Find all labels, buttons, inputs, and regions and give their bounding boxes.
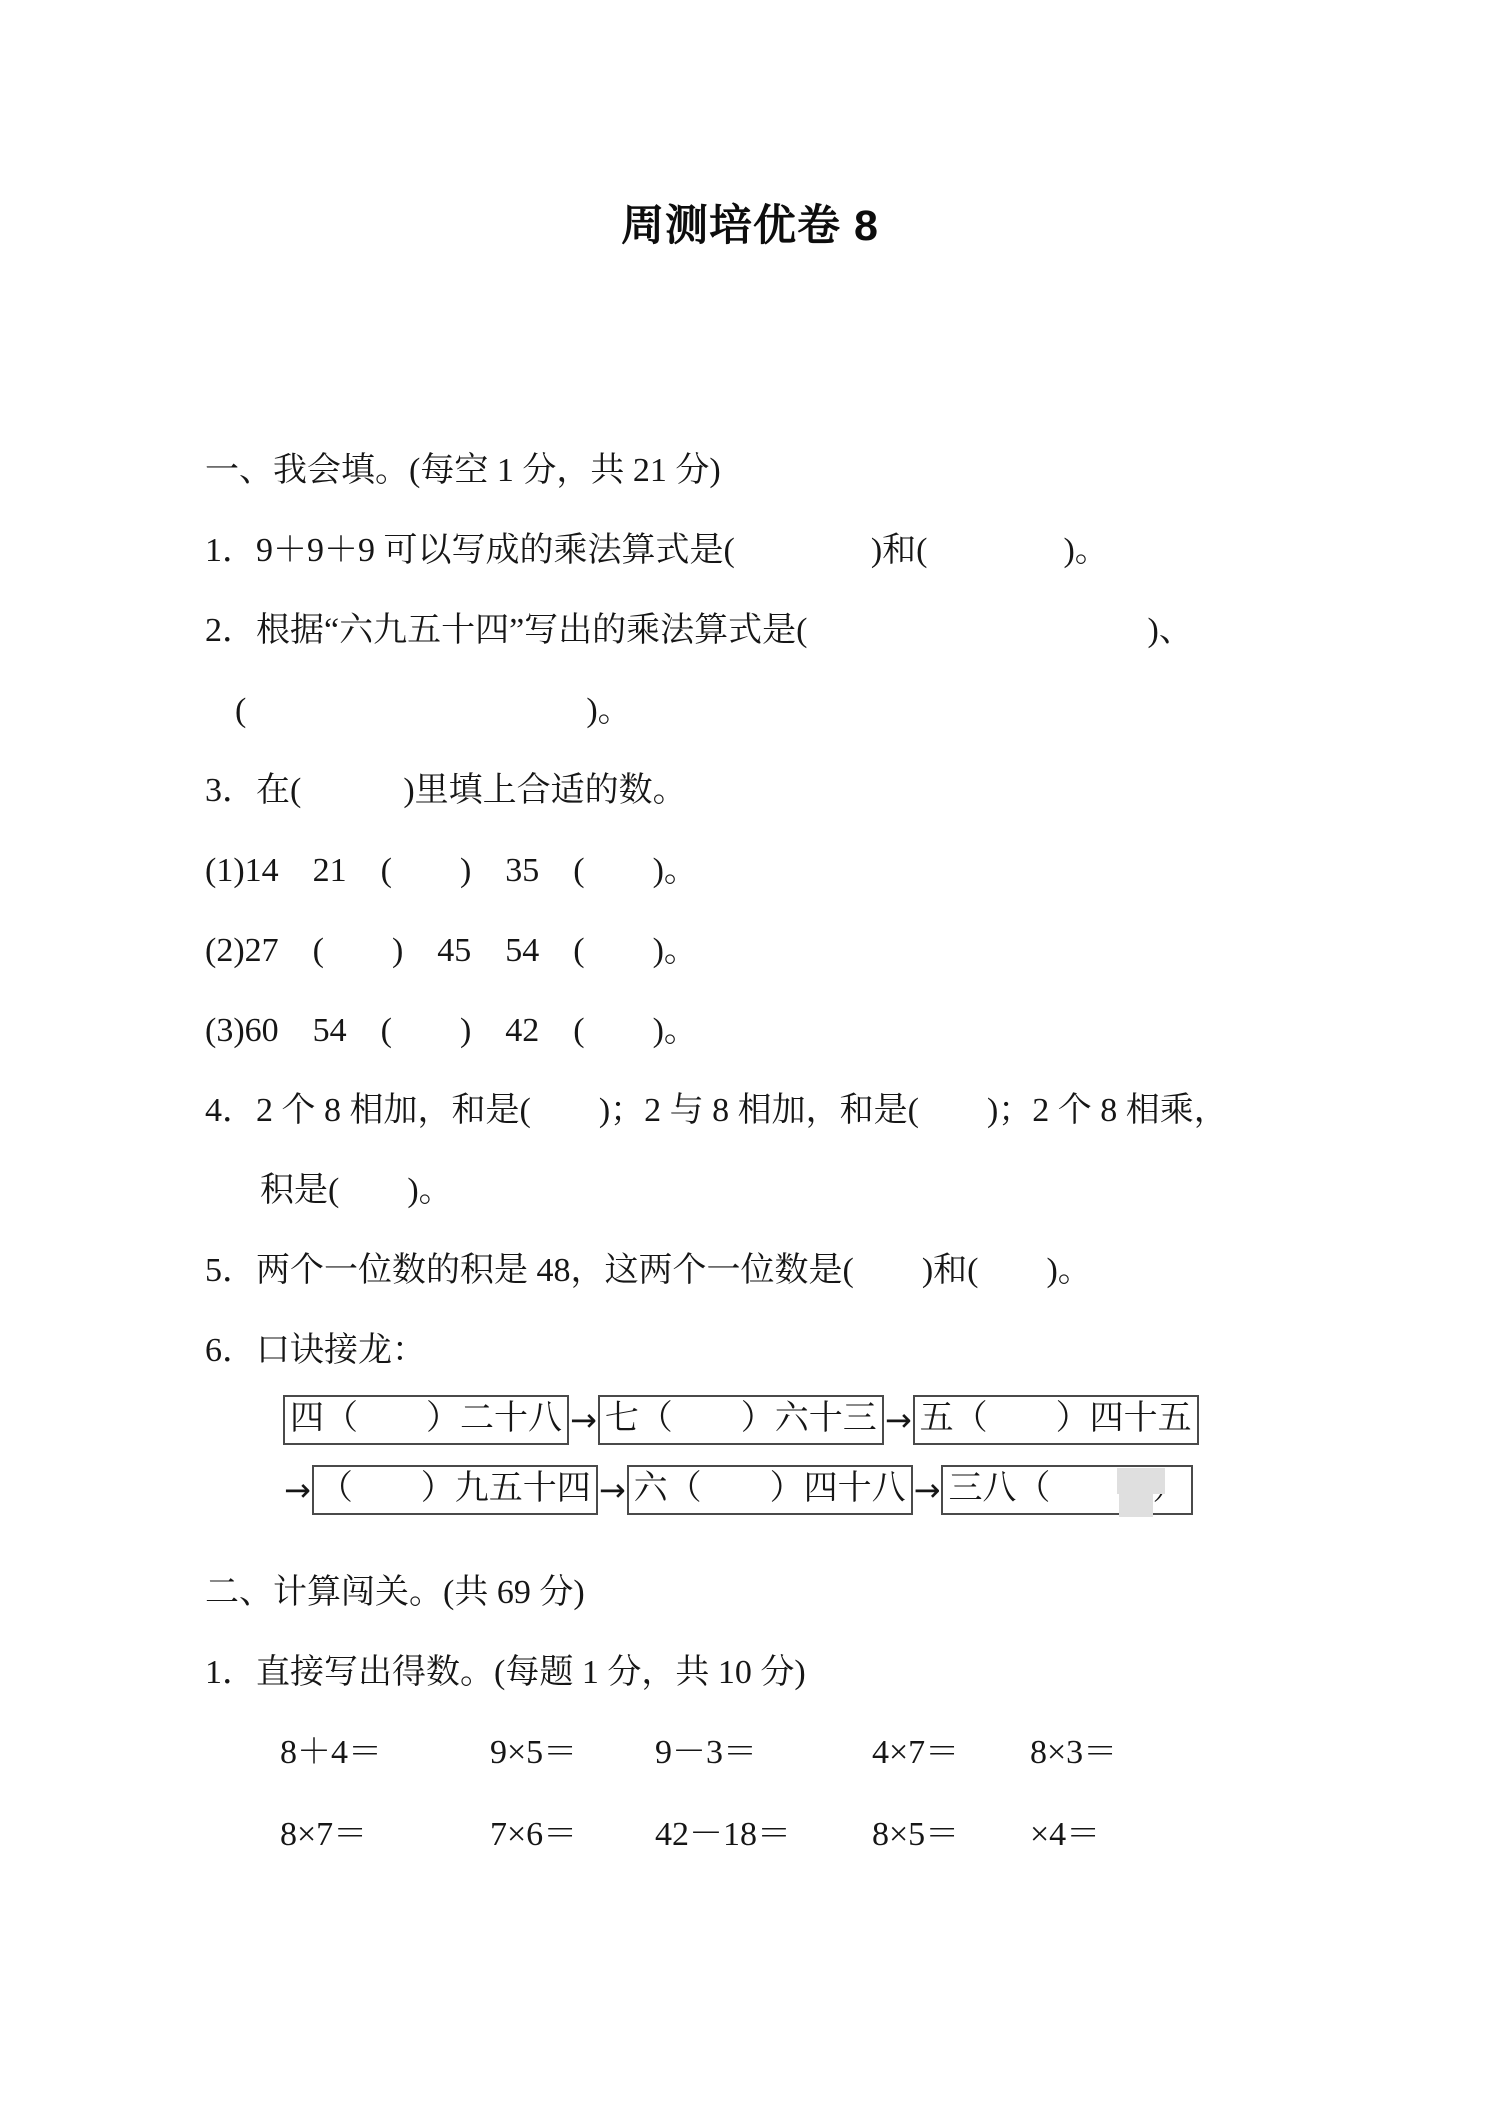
calc-expression: 42－18＝ xyxy=(655,1815,791,1855)
question-4-line1: 4．2 个 8 相加，和是( )；2 与 8 相加，和是( )；2 个 8 相乘… xyxy=(205,1091,1320,1131)
calc-expression: ×4＝ xyxy=(1030,1815,1100,1855)
chain-box-2: 七（ ）六十三 xyxy=(598,1395,884,1445)
question-6: 6．口诀接龙： xyxy=(205,1331,1320,1371)
chain-box-4: （ ）九五十四 xyxy=(312,1465,598,1515)
eraser-smudge xyxy=(1119,1489,1153,1517)
chain-box-5: 六（ ）四十八 xyxy=(627,1465,913,1515)
chain-row-2: →（ ）九五十四→六（ ）四十八→三八（ ） xyxy=(283,1465,1320,1515)
right-arrow-icon: → xyxy=(599,1468,626,1512)
calc-expression: 8×3＝ xyxy=(1030,1733,1117,1773)
question-5: 5．两个一位数的积是 48，这两个一位数是( )和( )。 xyxy=(205,1251,1320,1291)
chain-box-6: 三八（ ） xyxy=(941,1465,1193,1515)
calc-row-1: 8＋4＝ 9×5＝ 9－3＝ 4×7＝ 8×3＝ xyxy=(205,1733,1320,1773)
page-title: 周测培优卷 8 xyxy=(0,0,1500,253)
question-2-line1: 2．根据“六九五十四”写出的乘法算式是( )、 xyxy=(205,611,1320,651)
section2-heading: 二、计算闯关。(共 69 分) xyxy=(205,1573,1320,1613)
right-arrow-icon: → xyxy=(914,1468,941,1512)
section1-heading: 一、我会填。(每空 1 分，共 21 分) xyxy=(205,451,1320,491)
calc-expression: 8×5＝ xyxy=(872,1815,959,1855)
calc-expression: 7×6＝ xyxy=(490,1815,577,1855)
chain-box-3: 五（ ）四十五 xyxy=(913,1395,1199,1445)
section2-question-1-heading: 1．直接写出得数。(每题 1 分，共 10 分) xyxy=(205,1653,1320,1693)
calc-expression: 9×5＝ xyxy=(490,1733,577,1773)
question-4-line2: 积是( )。 xyxy=(205,1171,1320,1211)
calc-expression: 8＋4＝ xyxy=(280,1733,382,1773)
question-1: 1．9＋9＋9 可以写成的乘法算式是( )和( )。 xyxy=(205,531,1320,571)
calc-expression: 4×7＝ xyxy=(872,1733,959,1773)
calc-expression: 8×7＝ xyxy=(280,1815,367,1855)
chain-box-1: 四（ ）二十八 xyxy=(283,1395,569,1445)
worksheet-page: 周测培优卷 8 一、我会填。(每空 1 分，共 21 分) 1．9＋9＋9 可以… xyxy=(0,0,1500,2122)
right-arrow-icon: → xyxy=(885,1398,912,1442)
question-3: 3．在( )里填上合适的数。 xyxy=(205,771,1320,811)
right-arrow-icon: → xyxy=(570,1398,597,1442)
calc-expression: 9－3＝ xyxy=(655,1733,757,1773)
worksheet-content: 一、我会填。(每空 1 分，共 21 分) 1．9＋9＋9 可以写成的乘法算式是… xyxy=(205,451,1320,1855)
question-3-item1: (1)14 21 ( ) 35 ( )。 xyxy=(205,851,1320,891)
question-2-line2: ( )。 xyxy=(205,691,1320,731)
right-arrow-icon: → xyxy=(284,1468,311,1512)
chain-row-1: 四（ ）二十八→七（ ）六十三→五（ ）四十五 xyxy=(283,1395,1320,1445)
question-3-item2: (2)27 ( ) 45 54 ( )。 xyxy=(205,931,1320,971)
calc-row-2: 8×7＝ 7×6＝ 42－18＝ 8×5＝ ×4＝ xyxy=(205,1815,1320,1855)
question-3-item3: (3)60 54 ( ) 42 ( )。 xyxy=(205,1011,1320,1051)
